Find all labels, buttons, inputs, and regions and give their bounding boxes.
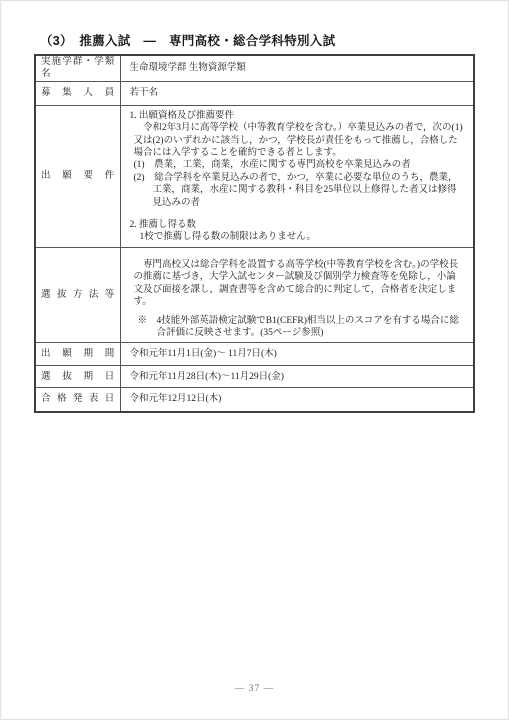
table-row-field-group: 実施学群・学類名 生命環境学群 生物資源学類 [35, 55, 474, 81]
requirements-heading-1: 1. 出願資格及び推薦要件 [130, 110, 466, 122]
row-value-capacity: 若干名 [120, 81, 474, 105]
row-label-capacity: 募 集 人 員 [35, 81, 120, 105]
requirements-paragraph-1: 令和2年3月に高等学校（中等教育学校を含む。）卒業見込みの者で，次の(1)又は(… [134, 122, 466, 159]
row-label-selection-method: 選 抜 方 法 等 [35, 247, 120, 342]
row-value-application-period: 令和元年11月1日(金)～ 11月7日(木) [120, 343, 474, 366]
table-row-application-requirements: 出 願 要 件 1. 出願資格及び推薦要件 令和2年3月に高等学校（中等教育学校… [35, 105, 474, 247]
row-value-selection-method: 専門高校又は総合学科を設置する高等学校(中等教育学校を含む。)の学校長の推薦に基… [120, 247, 474, 342]
row-value-result-announcement: 令和元年12月12日(木) [120, 388, 474, 412]
spacer [130, 252, 466, 259]
table-row-selection-method: 選 抜 方 法 等 専門高校又は総合学科を設置する高等学校(中等教育学校を含む。… [35, 247, 474, 342]
admission-info-table: 実施学群・学類名 生命環境学群 生物資源学類 募 集 人 員 若干名 出 願 要… [34, 54, 475, 413]
requirements-item-2: (2) 総合学科を卒業見込みの者で，かつ，卒業に必要な単位のうち，農業，工業，商… [134, 172, 466, 209]
page-number: ― 37 ― [0, 684, 509, 694]
document-page: （3） 推薦入試 ― 専門高校・総合学科特別入試 実施学群・学類名 生命環境学群… [0, 0, 509, 720]
spacer [130, 209, 466, 219]
row-label-application-requirements: 出 願 要 件 [35, 105, 120, 247]
row-value-field-group: 生命環境学群 生物資源学類 [120, 55, 474, 81]
requirements-item-1: (1) 農業，工業，商業，水産に関する専門高校を卒業見込みの者 [134, 159, 466, 171]
row-label-result-announcement: 合 格 発 表 日 [35, 388, 120, 412]
selection-method-paragraph: 専門高校又は総合学科を設置する高等学校(中等教育学校を含む。)の学校長の推薦に基… [134, 259, 466, 309]
table-row-result-announcement: 合 格 発 表 日 令和元年12月12日(木) [35, 388, 474, 412]
requirements-paragraph-2: 1校で推薦し得る数の制限はありません。 [140, 231, 466, 243]
selection-method-note: ※ 4技能外部英語検定試験でB1(CEFR)相当以上のスコアを有する場合に総合評… [138, 315, 466, 340]
requirements-heading-2: 2. 推薦し得る数 [130, 219, 466, 231]
row-value-application-requirements: 1. 出願資格及び推薦要件 令和2年3月に高等学校（中等教育学校を含む。）卒業見… [120, 105, 474, 247]
table-row-application-period: 出 願 期 間 令和元年11月1日(金)～ 11月7日(木) [35, 343, 474, 366]
row-value-selection-date: 令和元年11月28日(木)～11月29日(金) [120, 366, 474, 388]
row-label-selection-date: 選 抜 期 日 [35, 366, 120, 388]
table-row-selection-date: 選 抜 期 日 令和元年11月28日(木)～11月29日(金) [35, 366, 474, 388]
table-row-capacity: 募 集 人 員 若干名 [35, 81, 474, 105]
row-label-field-group: 実施学群・学類名 [35, 55, 120, 81]
page-title: （3） 推薦入試 ― 専門高校・総合学科特別入試 [40, 31, 335, 49]
row-label-application-period: 出 願 期 間 [35, 343, 120, 366]
